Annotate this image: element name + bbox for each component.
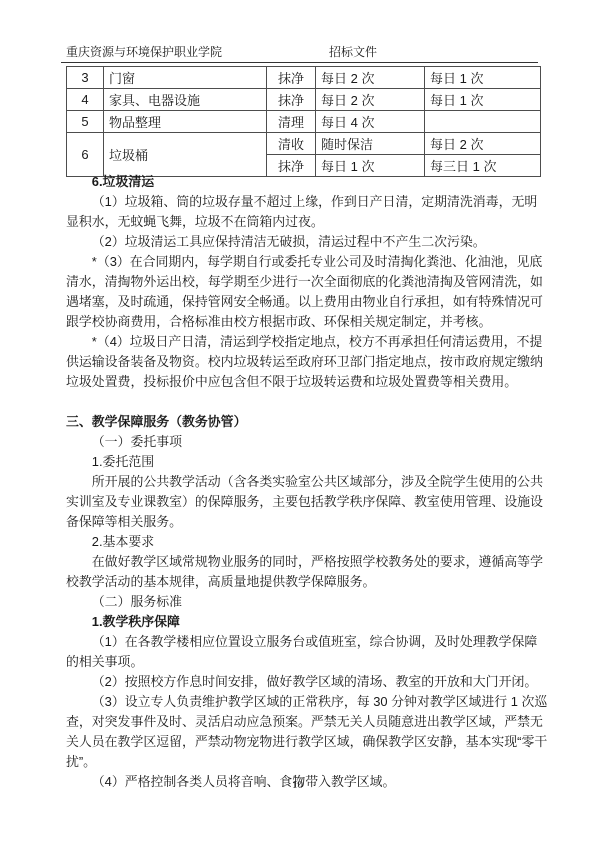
table-row: 4家具、电器设施抹净每日 2 次每日 1 次 xyxy=(67,89,541,111)
cell-row-number: 6 xyxy=(67,133,104,177)
cell-frequency-2 xyxy=(425,111,541,133)
table-row: 3门窗抹净每日 2 次每日 1 次 xyxy=(67,67,541,89)
cell-frequency-1: 每日 4 次 xyxy=(316,111,425,133)
paragraph: （二）服务标准 xyxy=(66,592,548,612)
table-row: 6垃圾桶清收随时保洁每日 2 次 xyxy=(67,133,541,155)
paragraph: 在做好教学区域常规物业服务的同时，严格按照学校教务处的要求，遵循高等学校教学活动… xyxy=(66,552,548,592)
table-row: 5物品整理清理每日 4 次 xyxy=(67,111,541,133)
cell-frequency-1: 随时保洁 xyxy=(316,133,425,155)
paragraph: 所开展的公共教学活动（含各类实验室公共区域部分，涉及全院学生使用的公共实训室及专… xyxy=(66,472,548,532)
header-doc-label: 招标文件 xyxy=(329,45,377,60)
cell-row-number: 5 xyxy=(67,111,104,133)
cell-item-name: 家具、电器设施 xyxy=(104,89,267,111)
header-school-name: 重庆资源与环境保护职业学院 xyxy=(66,45,222,60)
cell-action: 抹净 xyxy=(267,67,316,89)
cell-frequency-2: 每日 1 次 xyxy=(425,89,541,111)
cell-item-name: 垃圾桶 xyxy=(104,133,267,177)
section-heading: 6.垃圾清运 xyxy=(66,172,548,192)
section-heading: 三、教学保障服务（教务协管） xyxy=(66,412,548,432)
cell-frequency-2: 每日 1 次 xyxy=(425,67,541,89)
cell-item-name: 物品整理 xyxy=(104,111,267,133)
cell-row-number: 3 xyxy=(67,67,104,89)
paragraph: *（4）垃圾日产日清，清运到学校指定地点，校方不再承担任何清运费用，不提供运输设… xyxy=(66,332,548,392)
paragraph: （一）委托事项 xyxy=(66,432,548,452)
cell-action: 清理 xyxy=(267,111,316,133)
section-heading: 1.教学秩序保障 xyxy=(66,612,548,632)
cell-frequency-1: 每日 2 次 xyxy=(316,89,425,111)
paragraph: （1）垃圾箱、筒的垃圾存量不超过上缘，作到日产日清，定期清洗消毒，无明显积水，无… xyxy=(66,192,548,232)
paragraph: （2）垃圾清运工具应保持清洁无破损，清运过程中不产生二次污染。 xyxy=(66,232,548,252)
cell-action: 清收 xyxy=(267,133,316,155)
paragraph: *（3）在合同期内，每学期自行或委托专业公司及时清掏化粪池、化油池，见底清水，清… xyxy=(66,252,548,332)
cell-row-number: 4 xyxy=(67,89,104,111)
cell-frequency-1: 每日 2 次 xyxy=(316,67,425,89)
paragraph: 1.委托范围 xyxy=(66,452,548,472)
page-footer: 10 xyxy=(0,779,595,791)
cell-action: 抹净 xyxy=(267,89,316,111)
cleaning-frequency-table: 3门窗抹净每日 2 次每日 1 次4家具、电器设施抹净每日 2 次每日 1 次5… xyxy=(66,66,541,177)
paragraph: （3）设立专人负责维护教学区域的正常秩序，每 30 分钟对教学区域进行 1 次巡… xyxy=(66,692,548,772)
page-number: 10 xyxy=(292,779,303,791)
paragraph-gap xyxy=(66,392,548,412)
paragraph: （2）按照校方作息时间安排，做好教学区域的清场、教室的开放和大门开闭。 xyxy=(66,672,548,692)
document-body: 6.垃圾清运（1）垃圾箱、筒的垃圾存量不超过上缘，作到日产日清，定期清洗消毒，无… xyxy=(66,172,548,792)
paragraph: （1）在各教学楼相应位置设立服务台或值班室，综合协调，及时处理教学保障的相关事项… xyxy=(66,632,548,672)
document-page: 重庆资源与环境保护职业学院 招标文件 3门窗抹净每日 2 次每日 1 次4家具、… xyxy=(0,0,595,841)
cleaning-table-body: 3门窗抹净每日 2 次每日 1 次4家具、电器设施抹净每日 2 次每日 1 次5… xyxy=(67,67,541,177)
page-header: 重庆资源与环境保护职业学院 招标文件 xyxy=(61,45,538,63)
paragraph: 2.基本要求 xyxy=(66,532,548,552)
cell-item-name: 门窗 xyxy=(104,67,267,89)
cell-frequency-2: 每日 2 次 xyxy=(425,133,541,155)
